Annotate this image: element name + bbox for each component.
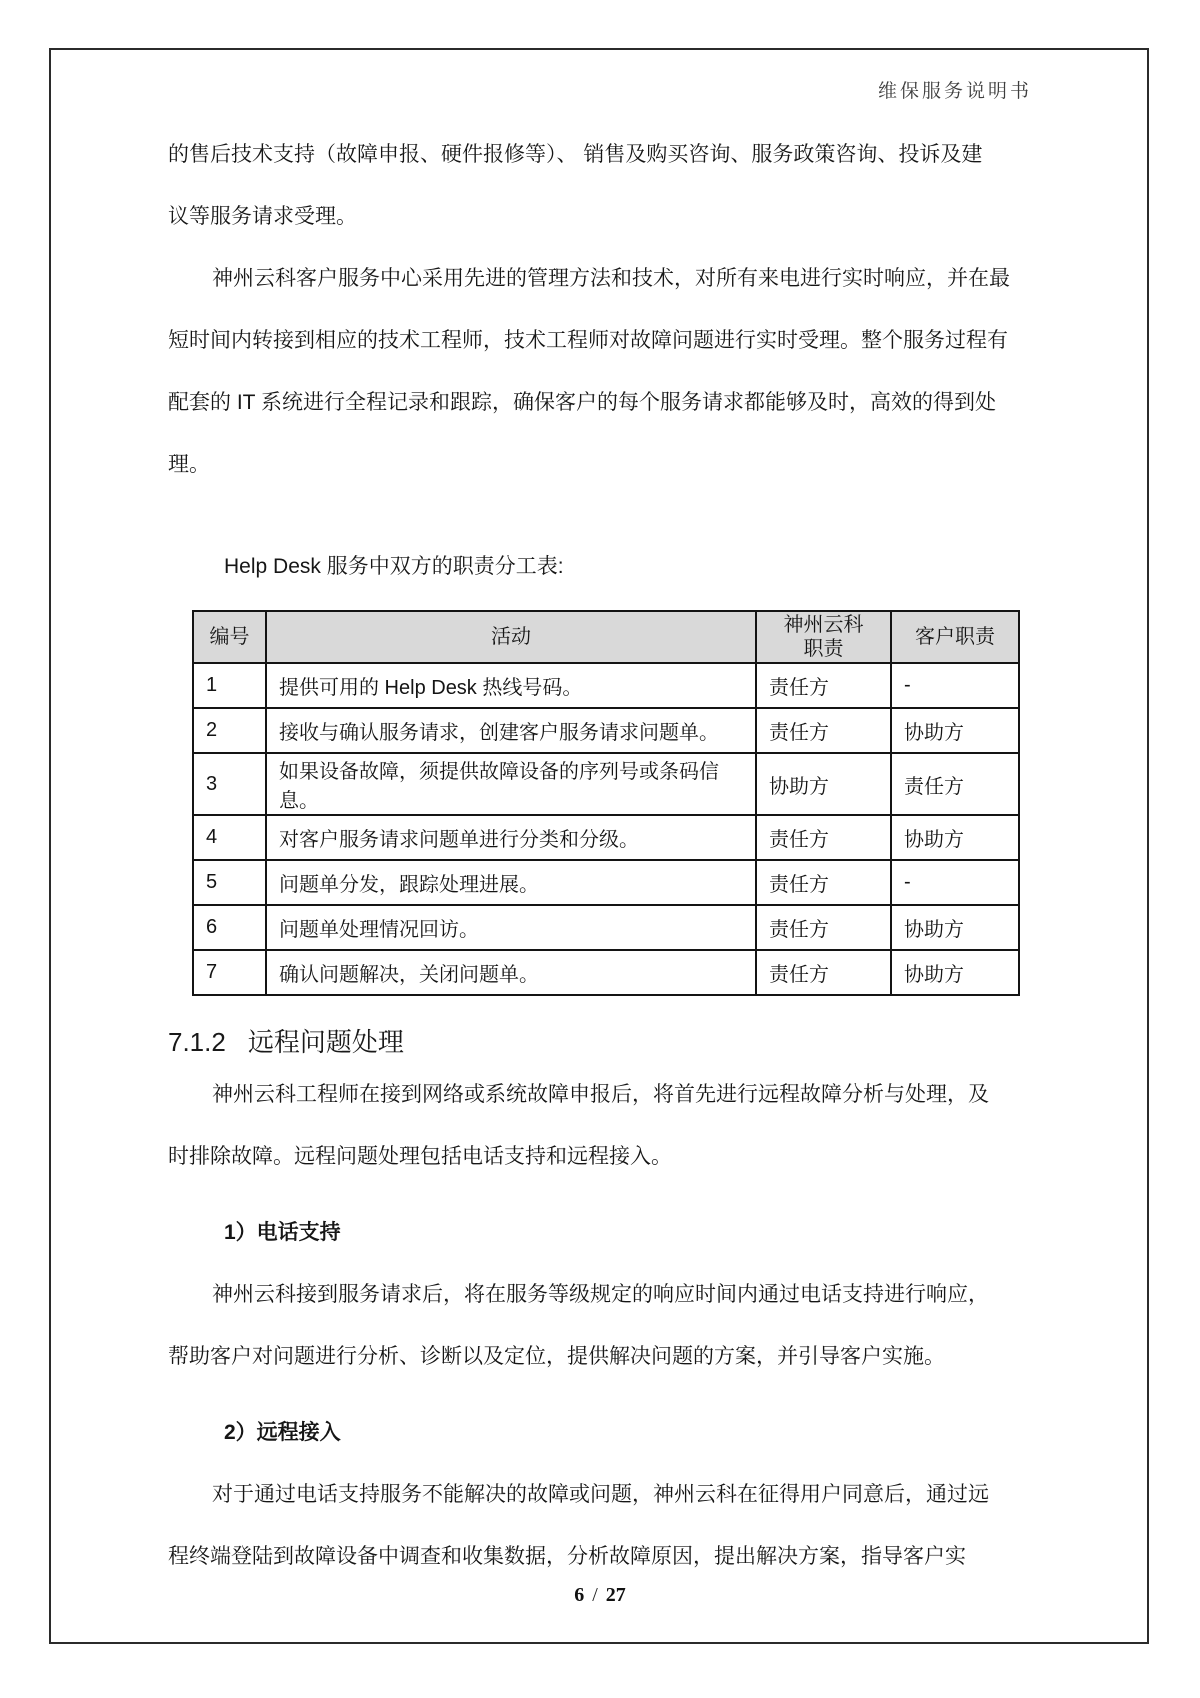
paragraph-line: 神州云科接到服务请求后，将在服务等级规定的响应时间内通过电话支持进行响应， <box>168 1264 1032 1326</box>
cell-vendor-duty: 责任方 <box>756 950 891 995</box>
cell-activity: 确认问题解决，关闭问题单。 <box>266 950 756 995</box>
paragraph-line: 短时间内转接到相应的技术工程师，技术工程师对故障问题进行实时受理。整个服务过程有 <box>168 310 1032 372</box>
cell-customer-duty: 协助方 <box>891 815 1019 860</box>
cell-vendor-duty: 责任方 <box>756 708 891 753</box>
footer-total-pages: 27 <box>606 1584 626 1606</box>
page-footer: 6/27 <box>0 1584 1200 1607</box>
cell-customer-duty: 协助方 <box>891 905 1019 950</box>
table-row: 6 问题单处理情况回访。 责任方 协助方 <box>193 905 1019 950</box>
table-row: 2 接收与确认服务请求，创建客户服务请求问题单。 责任方 协助方 <box>193 708 1019 753</box>
cell-activity: 问题单处理情况回访。 <box>266 905 756 950</box>
subheading-remote-access: 2）远程接入 <box>168 1402 1032 1464</box>
cell-vendor-duty: 责任方 <box>756 905 891 950</box>
cell-activity: 问题单分发，跟踪处理进展。 <box>266 860 756 905</box>
cell-number: 2 <box>193 708 266 753</box>
cell-vendor-duty: 责任方 <box>756 815 891 860</box>
cell-number: 5 <box>193 860 266 905</box>
subheading-phone-support: 1）电话支持 <box>168 1202 1032 1264</box>
paragraph-line: 理。 <box>168 434 1032 496</box>
cell-number: 7 <box>193 950 266 995</box>
footer-page-number: 6 <box>574 1584 584 1606</box>
header-cell-customer-duty: 客户职责 <box>891 611 1019 663</box>
cell-customer-duty: - <box>891 860 1019 905</box>
table-row: 1 提供可用的 Help Desk 热线号码。 责任方 - <box>193 663 1019 708</box>
footer-separator: / <box>584 1584 606 1606</box>
table-intro-line: Help Desk 服务中双方的职责分工表: <box>168 536 1032 598</box>
cell-customer-duty: - <box>891 663 1019 708</box>
paragraph-line: 配套的 IT 系统进行全程记录和跟踪，确保客户的每个服务请求都能够及时，高效的得… <box>168 372 1032 434</box>
cell-vendor-duty: 协助方 <box>756 753 891 815</box>
paragraph-line: 程终端登陆到故障设备中调查和收集数据，分析故障原因，提出解决方案，指导客户实 <box>168 1526 1032 1588</box>
paragraph-line: 对于通过电话支持服务不能解决的故障或问题，神州云科在征得用户同意后，通过远 <box>168 1464 1032 1526</box>
paragraph-line: 的售后技术支持（故障申报、硬件报修等）、 销售及购买咨询、服务政策咨询、投诉及建 <box>168 124 1032 186</box>
section-title: 远程问题处理 <box>248 1027 404 1057</box>
cell-activity: 提供可用的 Help Desk 热线号码。 <box>266 663 756 708</box>
paragraph-line: 议等服务请求受理。 <box>168 186 1032 248</box>
table-header-row: 编号 活动 神州云科 职责 客户职责 <box>193 611 1019 663</box>
responsibility-table: 编号 活动 神州云科 职责 客户职责 1 提供可用的 Help Desk 热线号… <box>192 610 1020 996</box>
cell-activity: 接收与确认服务请求，创建客户服务请求问题单。 <box>266 708 756 753</box>
section-heading: 7.1.2远程问题处理 <box>168 1020 1032 1064</box>
table-row: 3 如果设备故障，须提供故障设备的序列号或条码信息。 协助方 责任方 <box>193 753 1019 815</box>
paragraph-line: 帮助客户对问题进行分析、诊断以及定位，提供解决问题的方案，并引导客户实施。 <box>168 1326 1032 1388</box>
cell-activity: 对客户服务请求问题单进行分类和分级。 <box>266 815 756 860</box>
header-title: 维保服务说明书 <box>878 81 1032 102</box>
responsibility-table-wrapper: 编号 活动 神州云科 职责 客户职责 1 提供可用的 Help Desk 热线号… <box>192 610 1018 996</box>
cell-number: 3 <box>193 753 266 815</box>
cell-number: 1 <box>193 663 266 708</box>
cell-customer-duty: 责任方 <box>891 753 1019 815</box>
cell-customer-duty: 协助方 <box>891 950 1019 995</box>
cell-number: 6 <box>193 905 266 950</box>
section-number: 7.1.2 <box>168 1027 226 1057</box>
header-cell-vendor-duty: 神州云科 职责 <box>756 611 891 663</box>
table-row: 7 确认问题解决，关闭问题单。 责任方 协助方 <box>193 950 1019 995</box>
page-header: 维保服务说明书 <box>168 76 1032 103</box>
cell-vendor-duty: 责任方 <box>756 663 891 708</box>
paragraph-line: 神州云科工程师在接到网络或系统故障申报后，将首先进行远程故障分析与处理，及 <box>168 1064 1032 1126</box>
header-cell-number: 编号 <box>193 611 266 663</box>
document-content: 的售后技术支持（故障申报、硬件报修等）、 销售及购买咨询、服务政策咨询、投诉及建… <box>168 124 1032 1588</box>
paragraph-line: 时排除故障。远程问题处理包括电话支持和远程接入。 <box>168 1126 1032 1188</box>
header-cell-activity: 活动 <box>266 611 756 663</box>
table-row: 4 对客户服务请求问题单进行分类和分级。 责任方 协助方 <box>193 815 1019 860</box>
paragraph-line: 神州云科客户服务中心采用先进的管理方法和技术，对所有来电进行实时响应，并在最 <box>168 248 1032 310</box>
cell-number: 4 <box>193 815 266 860</box>
cell-customer-duty: 协助方 <box>891 708 1019 753</box>
cell-vendor-duty: 责任方 <box>756 860 891 905</box>
table-row: 5 问题单分发，跟踪处理进展。 责任方 - <box>193 860 1019 905</box>
cell-activity: 如果设备故障，须提供故障设备的序列号或条码信息。 <box>266 753 756 815</box>
